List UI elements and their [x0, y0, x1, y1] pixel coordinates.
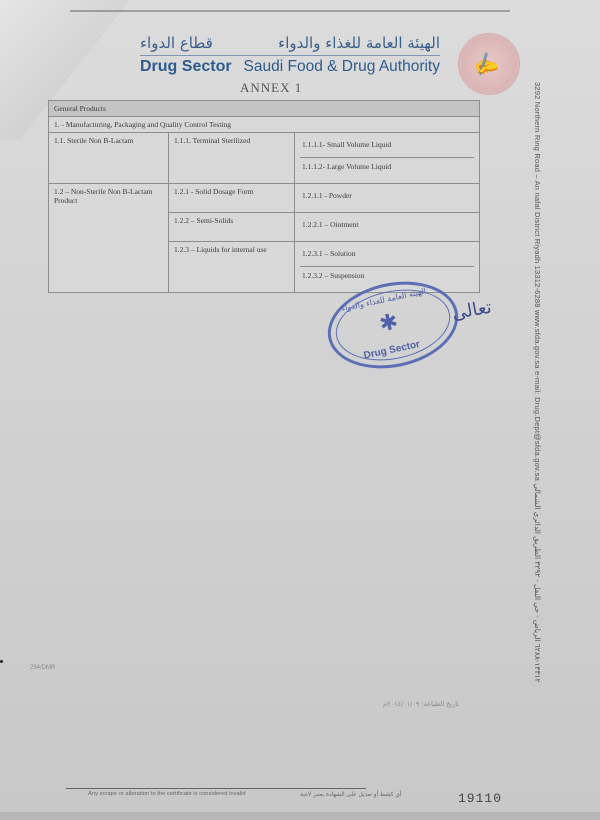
items-cell: 1.2.2.1 – Ointment — [295, 213, 480, 242]
item: 1.1.1.1- Small Volume Liquid — [300, 136, 474, 158]
signature: تعالى — [450, 297, 493, 325]
item: 1.2.1.1 - Powder — [300, 187, 474, 209]
items-cell: 1.2.1.1 - Powder — [295, 184, 480, 213]
group-cell: 1.2 – Non-Sterile Non B-Lactam Product — [49, 184, 169, 293]
products-table: General Products 1. - Manufacturing, Pac… — [48, 100, 480, 293]
form-cell: 1.1.1. Terminal Sterilized — [169, 133, 295, 184]
side-contact-strip: 3292 Northern Ring Road – An nafal Distr… — [530, 82, 546, 742]
group-cell: 1.1. Sterile Non B-Lactam — [49, 133, 169, 184]
table-row: 1.2 – Non-Sterile Non B-Lactam Product 1… — [49, 184, 480, 213]
arabic-org: الهيئة العامة للغذاء والدواء — [278, 34, 440, 52]
item: 1.2.3.1 – Solution — [300, 245, 474, 267]
form-cell: 1.2.3 – Liquids for internal use — [169, 242, 295, 293]
english-org: Saudi Food & Drug Authority — [244, 58, 440, 76]
annex-title: ANNEX 1 — [240, 80, 302, 96]
item: 1.2.2.1 – Ointment — [300, 216, 474, 238]
item: 1.1.1.2- Large Volume Liquid — [300, 158, 474, 180]
top-rule — [70, 10, 510, 12]
page-bottom-edge — [0, 812, 600, 820]
seal-signature-icon: ✍ — [470, 48, 502, 79]
letterhead-rule — [140, 55, 440, 56]
items-cell: 1.1.1.1- Small Volume Liquid 1.1.1.2- La… — [295, 133, 480, 184]
letterhead: قطاع الدواء الهيئة العامة للغذاء والدواء… — [140, 30, 440, 76]
side-contact-text: 3292 Northern Ring Road – An nafal Distr… — [533, 82, 542, 683]
footer-english-notice: Any scrape or alteration to the certific… — [88, 791, 246, 797]
section-header: General Products — [49, 101, 480, 117]
form-cell: 1.2.1 - Solid Dosage Form — [169, 184, 295, 213]
category-header: 1. - Manufacturing, Packaging and Qualit… — [49, 117, 480, 133]
embossed-seal: ✍ — [458, 33, 520, 95]
reference-code: 254/DMR — [30, 665, 55, 671]
arabic-sector: قطاع الدواء — [140, 34, 213, 52]
english-sector: Drug Sector — [140, 58, 232, 76]
document-page: قطاع الدواء الهيئة العامة للغذاء والدواء… — [0, 0, 600, 820]
form-cell: 1.2.2 – Semi-Solids — [169, 213, 295, 242]
punch-mark — [0, 660, 3, 663]
table-row: 1.1. Sterile Non B-Lactam 1.1.1. Termina… — [49, 133, 480, 184]
footer-rule — [66, 788, 366, 789]
serial-number: 19110 — [458, 791, 502, 806]
print-date: تاريخ الطباعة: ٢٠١٤/٠١/٠٩م — [383, 700, 459, 708]
footer-arabic-notice: أي كشط أو تعديل على الشهادة يعتبر لاغية — [300, 792, 401, 798]
